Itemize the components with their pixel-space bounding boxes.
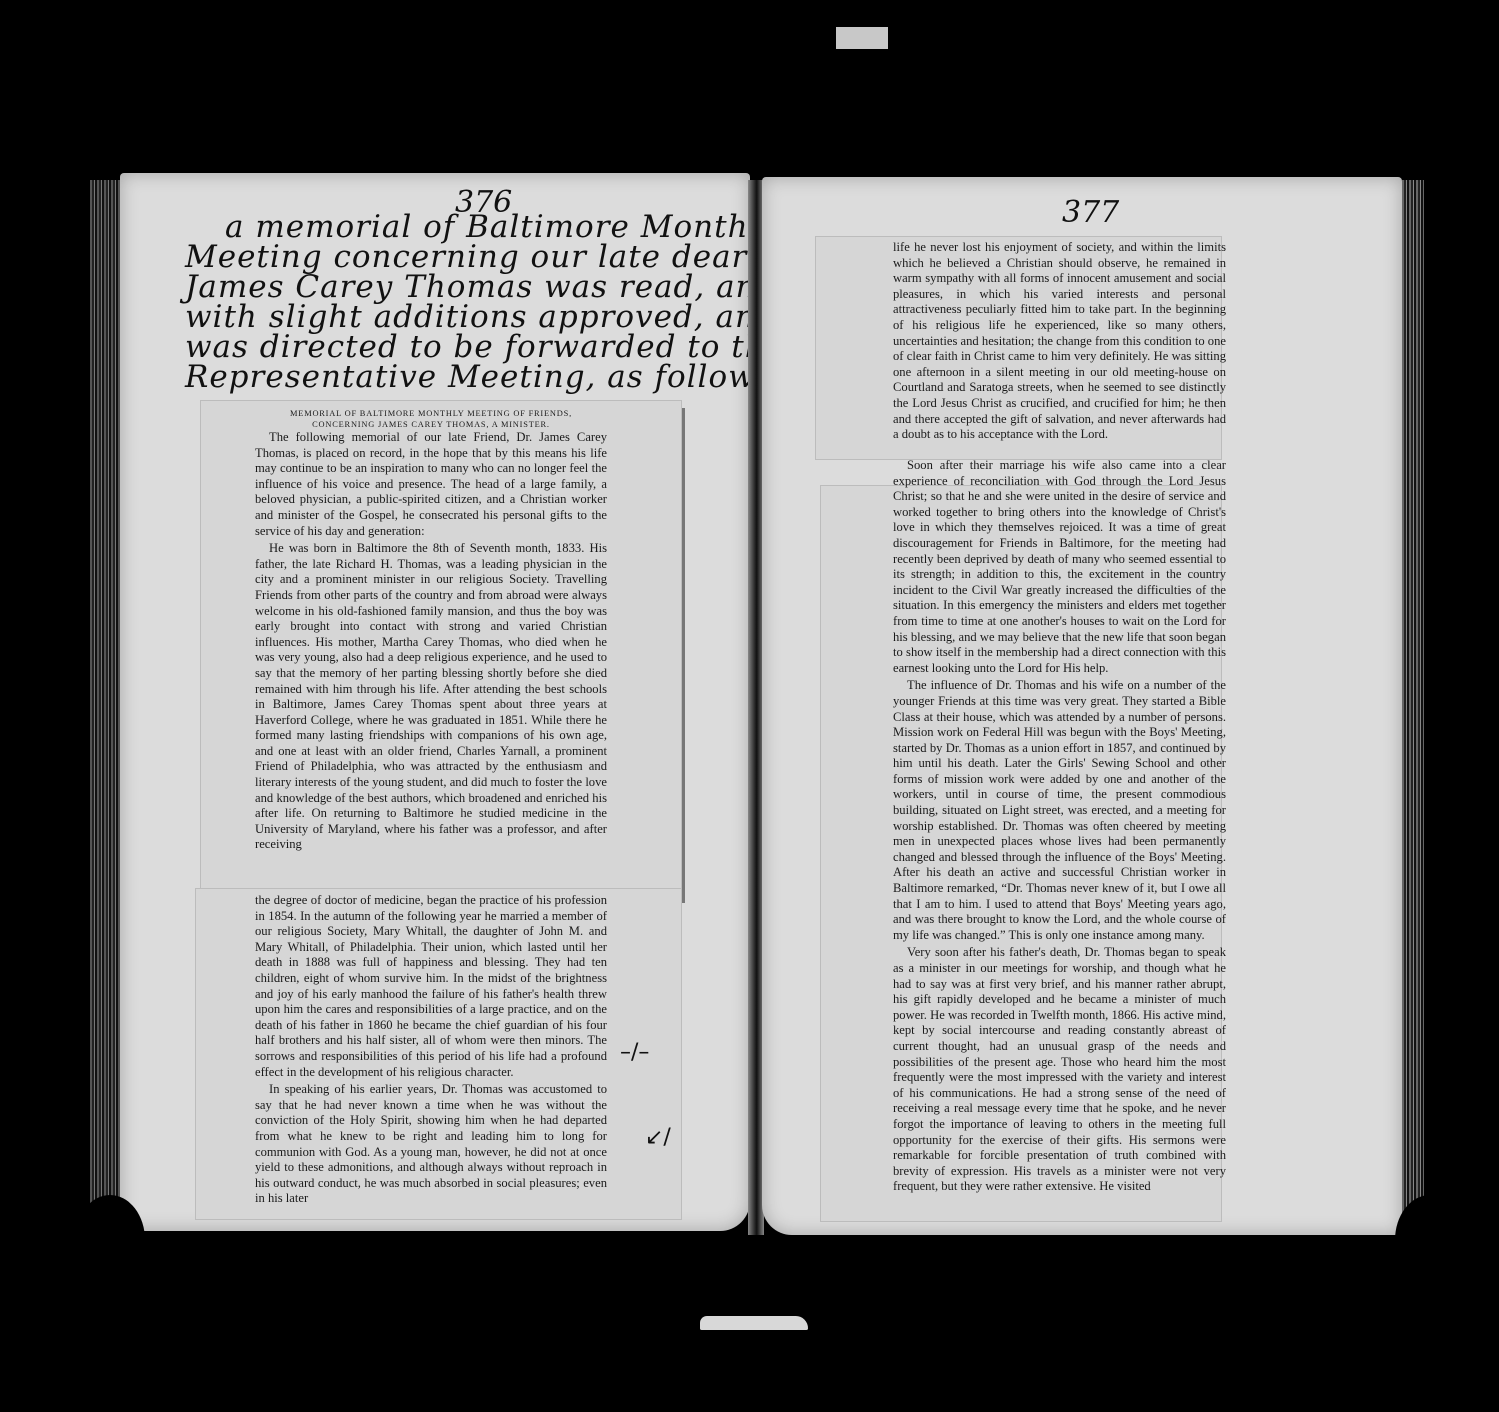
- page-corner-clip: [75, 1195, 145, 1285]
- paragraph: the degree of doctor of medicine, began …: [255, 893, 607, 1080]
- memorial-text-right-bottom: Soon after their marriage his wife also …: [893, 458, 1226, 1195]
- page-number-right: 377: [1062, 195, 1119, 230]
- paragraph: Soon after their marriage his wife also …: [893, 458, 1226, 676]
- margin-mark: –/–: [620, 1040, 649, 1065]
- memorial-text-left-top: MEMORIAL OF BALTIMORE MONTHLY MEETING OF…: [255, 408, 607, 853]
- handwritten-line: Meeting concerning our late dear friend: [185, 242, 755, 272]
- handwritten-minute: a memorial of Baltimore Monthly Meeting …: [185, 212, 755, 392]
- margin-mark: ↙/: [645, 1125, 671, 1150]
- film-marker-bottom: [700, 1316, 808, 1330]
- handwritten-line: a memorial of Baltimore Monthly: [185, 212, 755, 242]
- clipping-shadow: [682, 408, 685, 903]
- heading-line: CONCERNING JAMES CAREY THOMAS, A MINISTE…: [312, 420, 550, 429]
- film-marker-top: [836, 27, 888, 49]
- paragraph: In speaking of his earlier years, Dr. Th…: [255, 1082, 607, 1207]
- handwritten-line: with slight additions approved, and: [185, 302, 755, 332]
- paragraph: The influence of Dr. Thomas and his wife…: [893, 678, 1226, 943]
- heading-line: MEMORIAL OF BALTIMORE MONTHLY MEETING OF…: [290, 409, 572, 418]
- paragraph: Very soon after his father's death, Dr. …: [893, 945, 1226, 1195]
- page-corner-clip: [1395, 1195, 1465, 1285]
- paragraph: The following memorial of our late Frien…: [255, 430, 607, 539]
- handwritten-line: Representative Meeting, as follows.: [185, 362, 755, 392]
- memorial-text-right-top: life he never lost his enjoyment of soci…: [893, 240, 1226, 443]
- memorial-text-left-bottom: the degree of doctor of medicine, began …: [255, 893, 607, 1207]
- memorial-heading: MEMORIAL OF BALTIMORE MONTHLY MEETING OF…: [255, 408, 607, 430]
- page-edges-left: [90, 180, 120, 1220]
- handwritten-line: James Carey Thomas was read, and: [185, 272, 755, 302]
- paragraph: He was born in Baltimore the 8th of Seve…: [255, 541, 607, 853]
- page-edges-right: [1402, 180, 1424, 1220]
- handwritten-line: was directed to be forwarded to the: [185, 332, 755, 362]
- paragraph: life he never lost his enjoyment of soci…: [893, 240, 1226, 443]
